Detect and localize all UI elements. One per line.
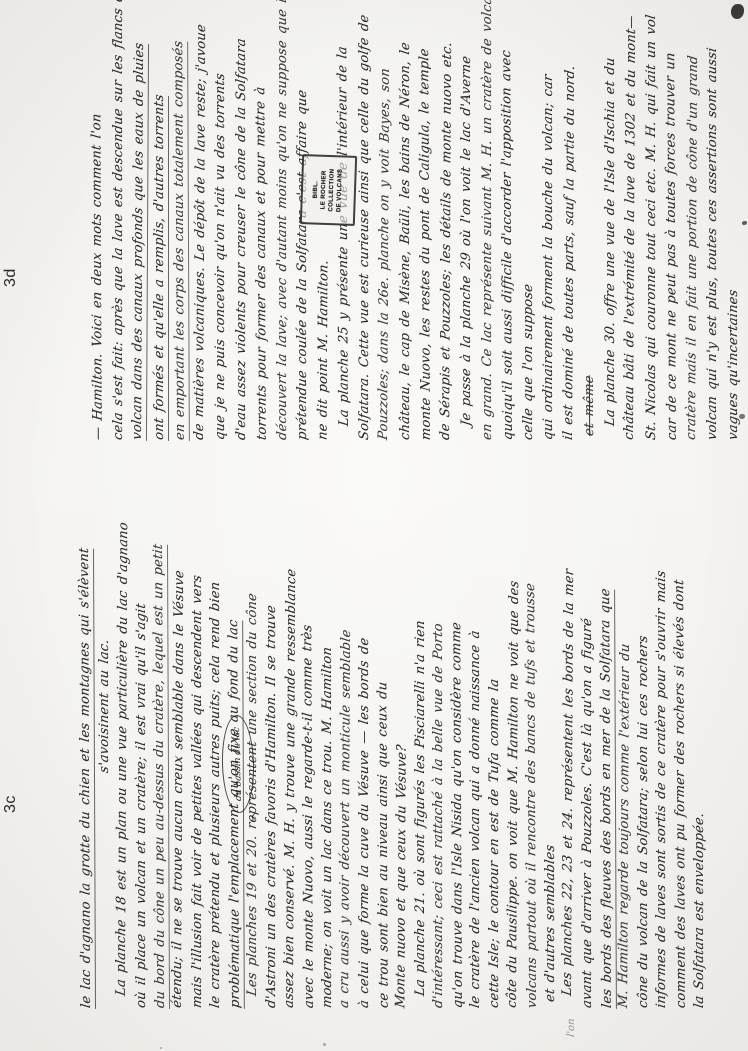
- manuscript-line: ce trou sont bien au niveau ainsi que ce…: [372, 538, 391, 1008]
- manuscript-line: volcan qui n'y est plus, toutes ces asse…: [701, 8, 722, 440]
- stamp-line: BIBL.: [313, 181, 321, 199]
- manuscript-line: cela s'est fait: après que la lave est d…: [107, 8, 128, 440]
- manuscript-line: monte Nuovo, les restes du pont de Calig…: [414, 8, 435, 440]
- manuscript-line: a cru aussi y avoir découvert un monticu…: [334, 538, 353, 1008]
- manuscript-line: le cratère de l'ancien volcan qui a donn…: [464, 538, 483, 1008]
- page-3c-lines: le lac d'agnano la grotte du chien et le…: [74, 538, 706, 1008]
- manuscript-line: assez bien conservé. M. H. y trouve une …: [279, 538, 298, 1008]
- manuscript-line: de matières volcaniques. Le dépôt de la …: [189, 8, 210, 440]
- manuscript-line: La planche 21. où sont figurés les Pisci…: [409, 538, 428, 1008]
- manuscript-line: avec le monte Nuovo, aussi le regarde-t-…: [297, 538, 316, 1008]
- manuscript-line: volcan dans des canaux profonds que les …: [127, 8, 148, 440]
- manuscript-line: et même: [578, 8, 599, 440]
- stamp-line: DE VOLCANS: [336, 169, 345, 213]
- manuscript-line: étendu; il ne se trouve aucun creux semb…: [167, 538, 186, 1008]
- folio-label-3d: 3d: [2, 268, 20, 287]
- manuscript-line: du bord du cône un peu au-dessus du crat…: [148, 538, 167, 1008]
- manuscript-line: Monte nuovo et que ceux du Vésuve?: [390, 538, 409, 1008]
- manuscript-line: — Hamilton. Voici en deux mots comment l…: [86, 8, 107, 440]
- manuscript-line: cette Isle; le contour en est de Tufa co…: [483, 538, 502, 1008]
- manuscript-line: quoiqu'il soit aussi difficile d'accorde…: [496, 8, 517, 440]
- manuscript-line: Solfatara. Cette vue est curieuse ainsi …: [353, 8, 374, 440]
- manuscript-line: de Sérapis et Pouzzoles; les détails de …: [435, 8, 456, 440]
- folio-label-3c: 3c: [2, 795, 20, 813]
- manuscript-line: découvert la lave; avec d'autant moins q…: [271, 8, 292, 440]
- manuscript-line: torrents pour former des canaux et pour …: [250, 8, 271, 440]
- manuscript-line: la Solfatara est enveloppée.: [688, 538, 707, 1008]
- inserted-annotation-text: du bassin du lac: [232, 727, 244, 802]
- page-3c: 3c le lac d'agnano la grotte du chien et…: [0, 525, 748, 1051]
- manuscript-line: le lac d'agnano la grotte du chien et le…: [74, 538, 93, 1008]
- manuscript-line: La planche 30. offre une vue de l'Isle d…: [599, 8, 620, 440]
- manuscript-line: en grand. Ce lac représente suivant M. H…: [476, 8, 497, 440]
- manuscript-line: le cratère prétendu et plusieurs autres …: [204, 538, 223, 1008]
- manuscript-line: comment des laves ont pu former des roch…: [669, 538, 688, 1008]
- manuscript-line: château, le cap de Misène, Baüli, les ba…: [394, 8, 415, 440]
- manuscript-line: les bords des fleuves des bords en mer d…: [595, 538, 614, 1008]
- manuscript-line: et d'autres semblables: [539, 538, 558, 1008]
- manuscript-line: d'eau assez violents pour creuser le côn…: [230, 8, 251, 440]
- manuscript-line: M. Hamilton regarde toujours comme l'ext…: [613, 538, 632, 1008]
- manuscript-line: ont formés et qu'elle a remplis, d'autre…: [148, 8, 169, 440]
- manuscript-line: avant que d'arriver à Pouzzoles. C'est l…: [576, 538, 595, 1008]
- manuscript-line: Je passe à la planche 29 où l'on voit le…: [455, 8, 476, 440]
- manuscript-line: à celui que forme la cuve du Vésuve — le…: [353, 538, 372, 1008]
- manuscript-line: vagues qu'incertaines: [722, 8, 743, 440]
- manuscript-line: que je ne puis concevoir qu'on n'ait vu …: [209, 8, 230, 440]
- insertion-caret-mark: ^: [250, 812, 263, 821]
- manuscript-line: moderne; on voit un lac dans ce trou. M.…: [316, 538, 335, 1008]
- manuscript-line: en emportant les corps des canaux totale…: [168, 8, 189, 440]
- manuscript-line: qu'on trouve dans l'Isle Nisida qu'on co…: [446, 538, 465, 1008]
- manuscript-spread: 3c le lac d'agnano la grotte du chien et…: [0, 0, 748, 1051]
- manuscript-line: mais l'illusion fait voir de petites val…: [186, 538, 205, 1008]
- margin-catchword: l'on: [566, 1018, 577, 1038]
- stamp-line: LE ROCHER: [320, 170, 328, 209]
- manuscript-line: cône du volcan de la Solfatara; selon lu…: [632, 538, 651, 1008]
- manuscript-line: d'intéressant; ceci est rattaché à la be…: [427, 538, 446, 1008]
- library-stamp: BIBL. LE ROCHER COLLECTION DE VOLCANS: [300, 154, 357, 226]
- manuscript-line: côte du Pausilippe. on voit que M. Hamil…: [502, 538, 521, 1008]
- manuscript-line: informes de laves sont sortis de ce crat…: [650, 538, 669, 1008]
- page-3d-lines: — Hamilton. Voici en deux mots comment l…: [86, 8, 742, 440]
- manuscript-line: St. Nicolas qui couronne tout ceci etc. …: [640, 8, 661, 440]
- manuscript-line: où il place un volcan et un cratère; il …: [130, 538, 149, 1008]
- manuscript-line: qui ordinairement forment la bouche du v…: [537, 8, 558, 440]
- manuscript-line: La planche 18 est un plan ou une vue par…: [111, 538, 130, 1008]
- page-3d: 3d — Hamilton. Voici en deux mots commen…: [0, 0, 748, 525]
- manuscript-line: il est dominé de toutes parts, sauf la p…: [558, 8, 579, 440]
- manuscript-line: volcans partout où il rencontre des banc…: [520, 538, 539, 1008]
- manuscript-line: d'Astroni un des cratères favoris d'Hami…: [260, 538, 279, 1008]
- manuscript-line: château bâti de l'extrémité de la lave d…: [619, 8, 640, 440]
- manuscript-line: Pouzzoles; dans la 26e. planche on y voi…: [373, 8, 394, 440]
- manuscript-line: Les planches 22, 23 et 24. représentent …: [557, 538, 576, 1008]
- manuscript-line: cratère mais il en fait une portion de c…: [681, 8, 702, 440]
- manuscript-line: car de ce mont ne peut pas à toutes forc…: [660, 8, 681, 440]
- scanned-manuscript-page: 3c le lac d'agnano la grotte du chien et…: [0, 0, 748, 1051]
- manuscript-line: celle que l'on suppose: [517, 8, 538, 440]
